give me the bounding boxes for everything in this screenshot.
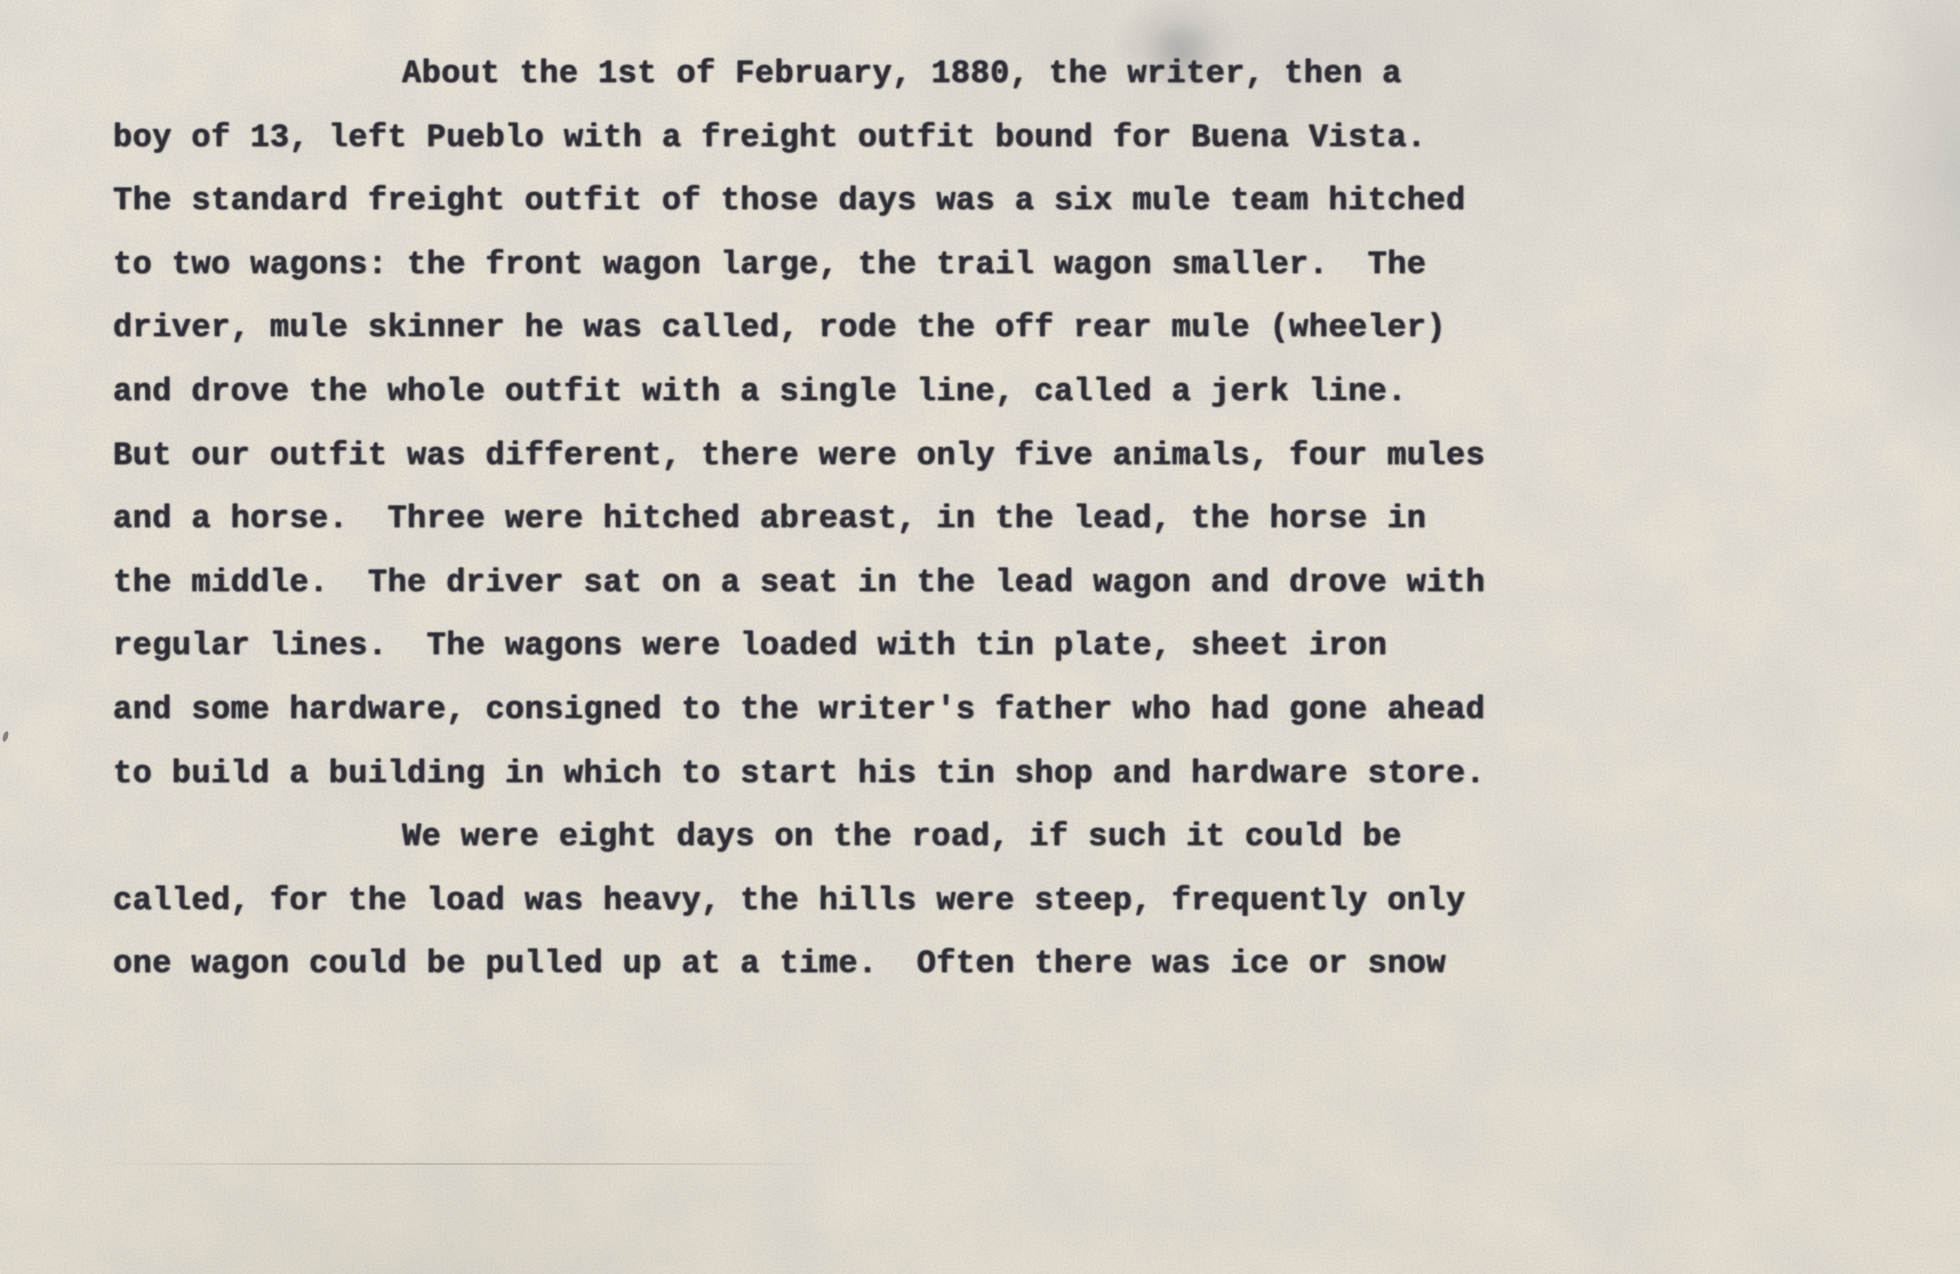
text-line: The standard freight outfit of those day… [113, 169, 1900, 233]
text-line: and some hardware, consigned to the writ… [113, 678, 1900, 742]
text-line: regular lines. The wagons were loaded wi… [113, 614, 1900, 678]
text-line: and drove the whole outfit with a single… [113, 360, 1900, 424]
text-line: We were eight days on the road, if such … [113, 805, 1900, 869]
typewritten-text: About the 1st of February, 1880, the wri… [0, 0, 1960, 996]
text-line: to two wagons: the front wagon large, th… [113, 233, 1900, 297]
paragraph-2: We were eight days on the road, if such … [113, 805, 1900, 996]
text-line: the middle. The driver sat on a seat in … [113, 551, 1900, 615]
paragraph-1: About the 1st of February, 1880, the wri… [113, 42, 1900, 805]
text-line: to build a building in which to start hi… [113, 742, 1900, 806]
text-line: driver, mule skinner he was called, rode… [113, 296, 1900, 360]
text-line: But our outfit was different, there were… [113, 424, 1900, 488]
text-line: About the 1st of February, 1880, the wri… [113, 42, 1900, 106]
text-line: called, for the load was heavy, the hill… [113, 869, 1900, 933]
text-line: one wagon could be pulled up at a time. … [113, 932, 1900, 996]
text-line: and a horse. Three were hitched abreast,… [113, 487, 1900, 551]
manuscript-page: About the 1st of February, 1880, the wri… [0, 0, 1960, 1274]
paper-crease [100, 1163, 840, 1165]
text-line: boy of 13, left Pueblo with a freight ou… [113, 106, 1900, 170]
